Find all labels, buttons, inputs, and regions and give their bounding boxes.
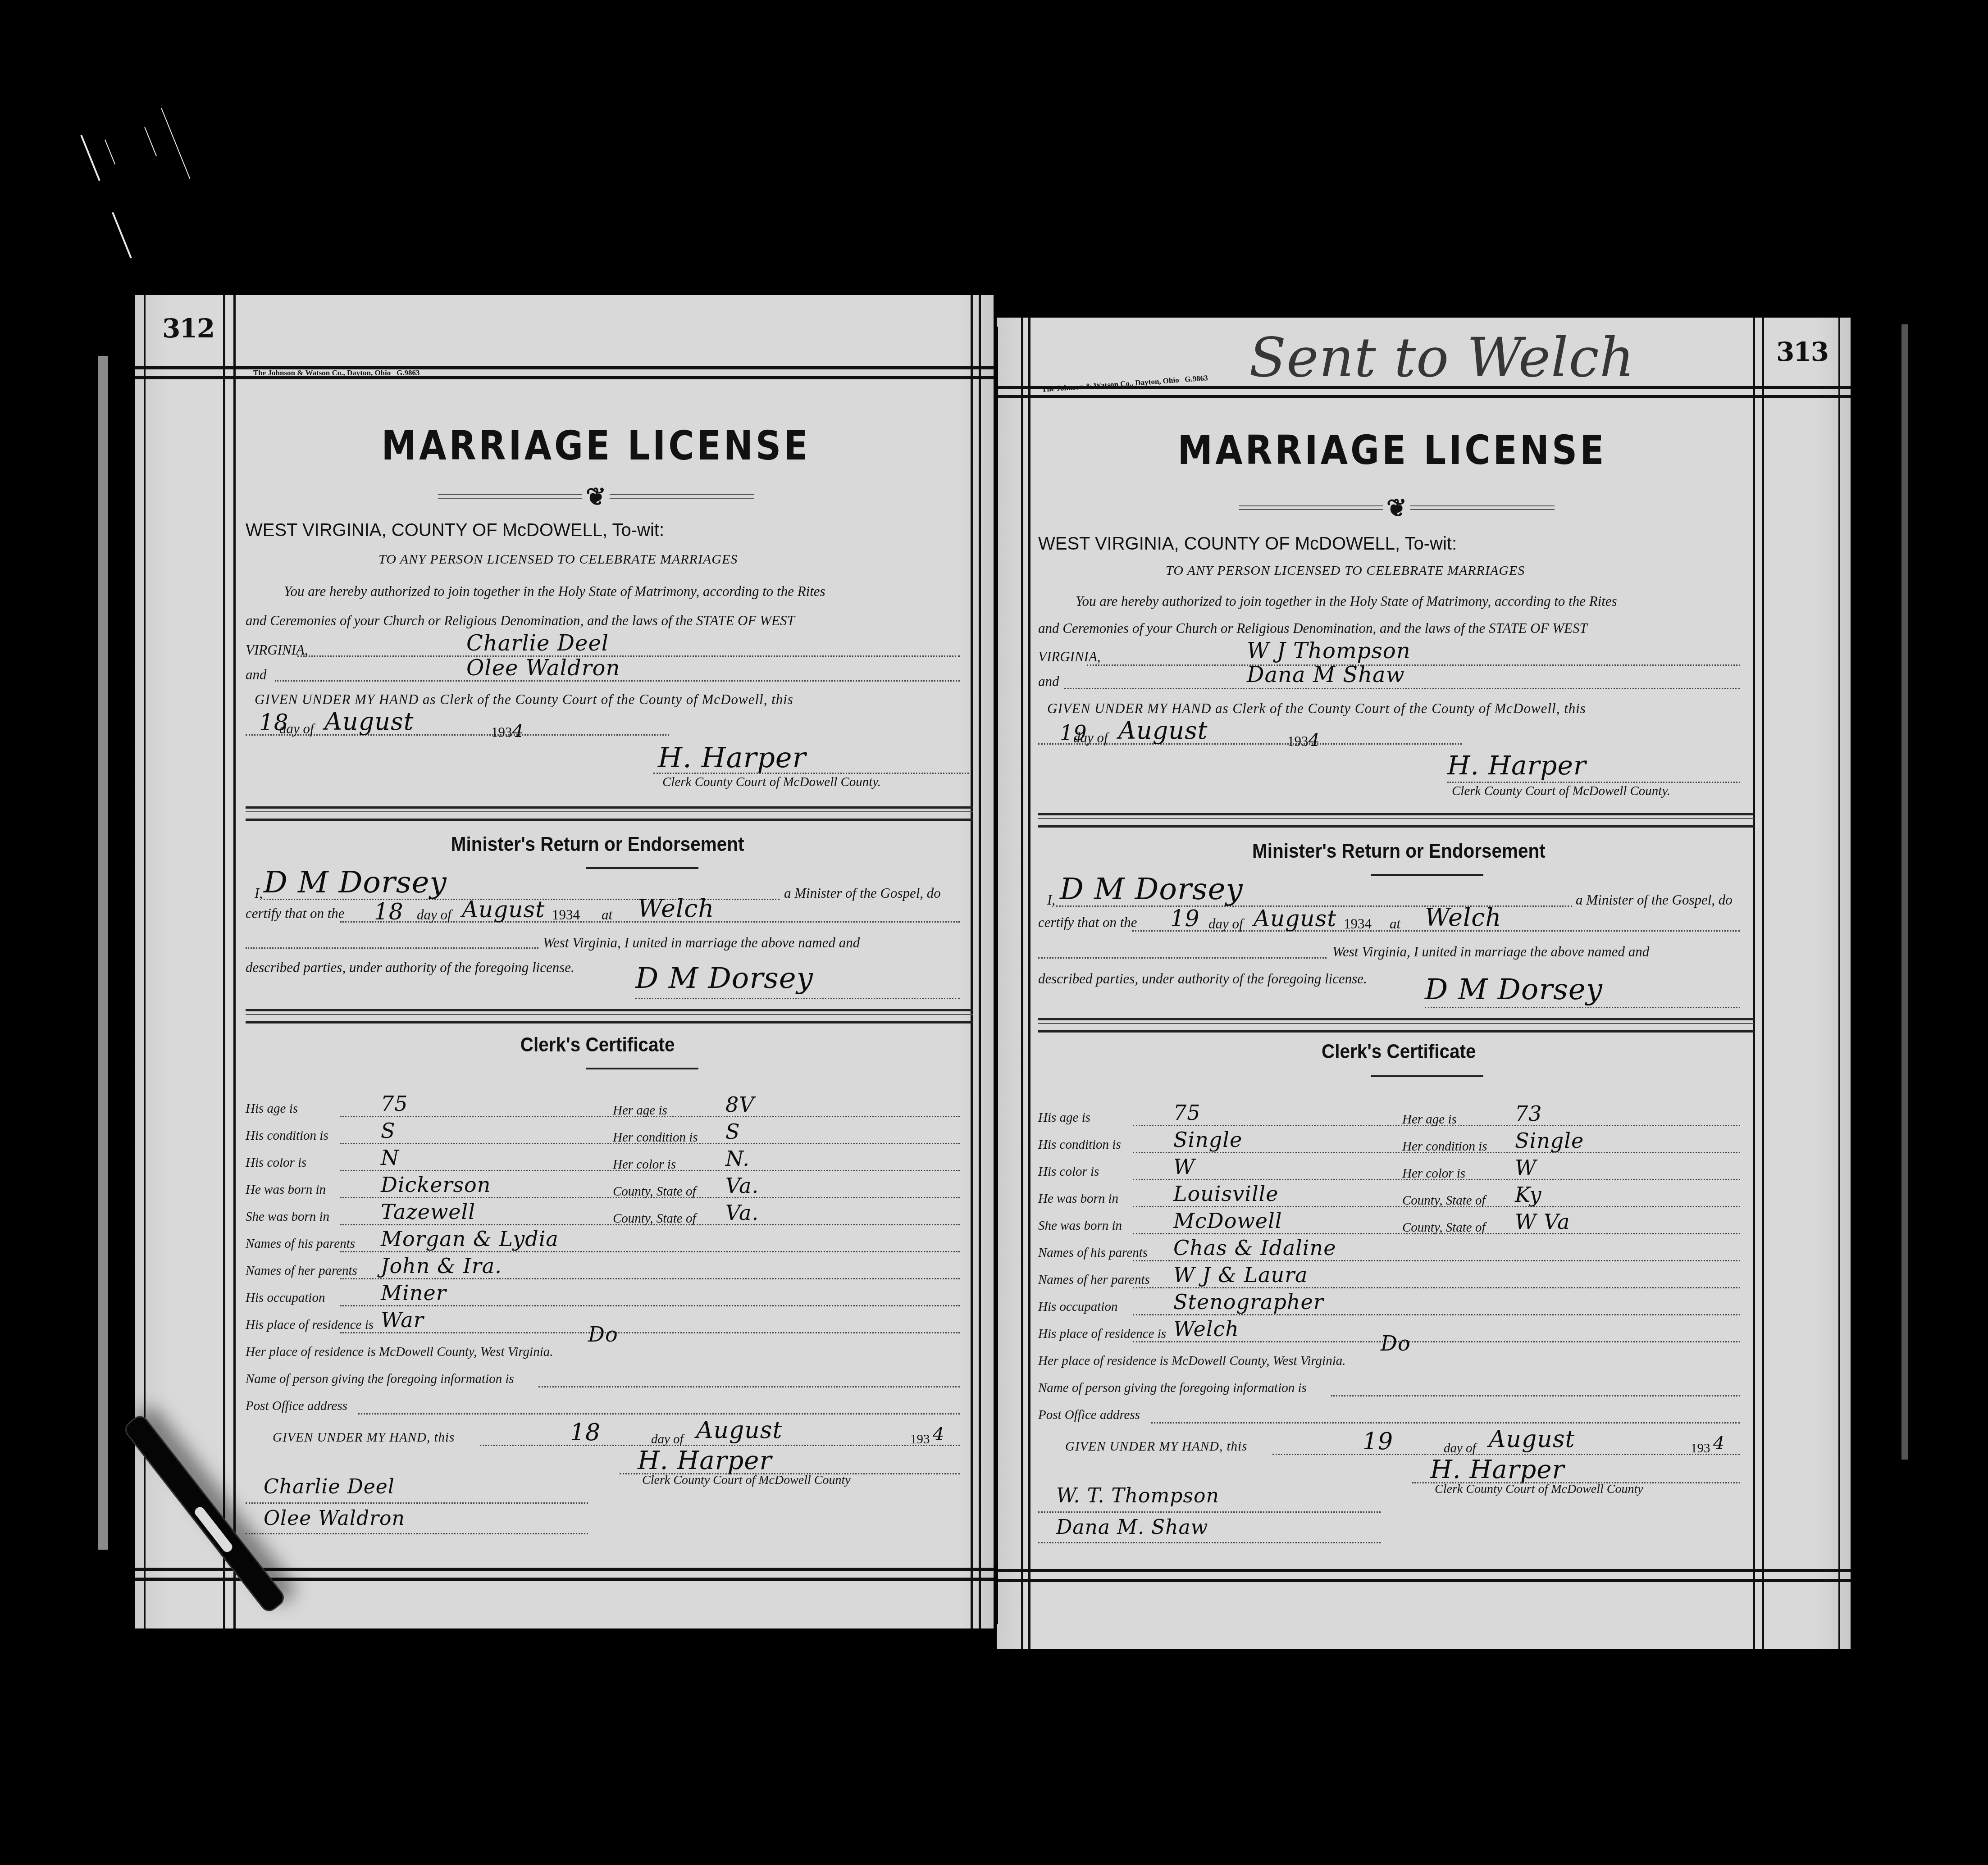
his-age-value: 75 <box>381 1092 408 1116</box>
occupation-label: His occupation <box>246 1291 325 1305</box>
field-line <box>1151 1422 1740 1424</box>
field-line <box>538 1386 960 1387</box>
certificate-day: 18 <box>570 1419 601 1446</box>
certify-label: certify that on the <box>246 905 345 922</box>
heading-underline <box>586 1068 698 1069</box>
his-color-label: His color is <box>1038 1164 1099 1179</box>
her-age-label: Her age is <box>1402 1112 1457 1127</box>
venue-line: WEST VIRGINIA, COUNTY OF McDOWELL, To-wi… <box>246 520 664 541</box>
clerk-sig-line <box>1447 782 1740 783</box>
book-edge-right <box>1901 324 1908 1460</box>
occupation-value: Miner <box>381 1281 447 1305</box>
fleuron-icon: ❦ <box>586 484 606 509</box>
clerk-sig-line <box>653 773 969 774</box>
her-parents-value: W J & Laura <box>1173 1263 1308 1287</box>
form-title: MARRIAGE LICENSE <box>135 423 994 469</box>
title-ornament: ❦ <box>997 496 1851 523</box>
post-office-label: Post Office address <box>1038 1408 1140 1423</box>
body-line-2: and Ceremonies of your Church or Religio… <box>246 613 795 629</box>
post-office-label: Post Office address <box>246 1399 347 1414</box>
marriage-place: Welch <box>1425 903 1501 932</box>
party-signature-bride: Olee Waldron <box>264 1507 405 1530</box>
certificate-heading: Clerk's Certificate <box>1031 1041 1816 1063</box>
certify-label: certify that on the <box>1038 914 1137 931</box>
she-state-value: Va. <box>725 1201 759 1225</box>
she-born-label: She was born in <box>246 1210 329 1224</box>
printer-imprint: The Johnson & Watson Co., Dayton, Ohio G… <box>253 368 420 378</box>
party-signature-groom: W. T. Thompson <box>1056 1484 1219 1507</box>
wv-label: West Virginia, I united in marriage the … <box>543 935 860 951</box>
his-residence-label: His place of residence is <box>1038 1327 1166 1342</box>
signature-line <box>1038 1542 1381 1543</box>
book-spine <box>994 327 998 1624</box>
fleuron-icon: ❦ <box>1386 496 1407 520</box>
section-divider <box>1038 1018 1754 1033</box>
her-color-label: Her color is <box>1402 1166 1465 1181</box>
footer-rule <box>997 1569 1851 1572</box>
field-line <box>1331 1395 1740 1396</box>
clerk-signature: H. Harper <box>638 1446 772 1475</box>
ditto-mark: Do <box>588 1322 618 1346</box>
he-born-value: Dickerson <box>381 1173 491 1197</box>
printer-imprint: The Johnson & Watson Co., Dayton, Ohio G… <box>1041 373 1208 394</box>
film-scratch <box>161 108 191 179</box>
body-line-1: You are hereby authorized to join togeth… <box>1076 593 1617 610</box>
certificate-year-prefix: 193 <box>1691 1441 1710 1456</box>
minister-sig-line <box>1425 1007 1740 1008</box>
his-parents-label: Names of his parents <box>246 1237 355 1251</box>
his-condition-value: Single <box>1173 1128 1242 1152</box>
field-line <box>1133 1287 1740 1288</box>
field-line <box>340 1332 960 1333</box>
printer-name: The Johnson & Watson Co., Dayton, Ohio <box>253 368 391 377</box>
addressee-line: TO ANY PERSON LICENSED TO CELEBRATE MARR… <box>1166 563 1525 578</box>
margin-annotation: Sent to Welch <box>1249 327 1635 389</box>
bride-name: Dana M Shaw <box>1247 662 1405 687</box>
clerk-caption: Clerk County Court of McDowell County. <box>1452 784 1670 799</box>
her-condition-value: S <box>725 1119 740 1144</box>
certificate-month: August <box>696 1417 782 1444</box>
field-line <box>340 1251 960 1252</box>
she-state-value: W Va <box>1515 1210 1570 1234</box>
minister-label: a Minister of the Gospel, do <box>784 885 941 901</box>
minister-signature: D M Dorsey <box>635 962 813 995</box>
film-scratch <box>80 135 100 181</box>
minister-name: D M Dorsey <box>1060 872 1243 906</box>
his-residence-label: His place of residence is <box>246 1318 374 1333</box>
his-condition-label: His condition is <box>246 1128 328 1143</box>
given-line: GIVEN UNDER MY HAND as Clerk of the Coun… <box>1047 701 1586 717</box>
ornament-line <box>1410 505 1555 510</box>
minister-name: D M Dorsey <box>264 865 447 900</box>
i-label: I, <box>255 885 263 901</box>
her-color-label: Her color is <box>613 1157 676 1172</box>
title-ornament: ❦ <box>135 484 994 511</box>
license-year: 1934 <box>1287 730 1320 751</box>
heading-underline <box>1371 1075 1483 1077</box>
her-parents-label: Names of her parents <box>1038 1273 1150 1287</box>
occupation-label: His occupation <box>1038 1300 1117 1315</box>
form-code: G.9863 <box>1185 373 1208 384</box>
body-line-1: You are hereby authorized to join togeth… <box>284 583 825 600</box>
signature-line <box>246 1533 588 1534</box>
informant-label: Name of person giving the foregoing info… <box>246 1372 514 1387</box>
and-label: and <box>246 667 267 683</box>
she-born-value: Tazewell <box>381 1200 475 1224</box>
at-label: at <box>602 907 612 923</box>
day-of-label: day of <box>417 907 451 923</box>
license-year: 1934 <box>491 721 524 741</box>
page-number: 312 <box>162 313 214 344</box>
he-state-value: Ky <box>1515 1183 1541 1207</box>
printer-name: The Johnson & Watson Co., Dayton, Ohio <box>1041 376 1179 394</box>
heading-underline <box>1371 874 1483 876</box>
minister-label: a Minister of the Gospel, do <box>1576 892 1733 908</box>
informant-label: Name of person giving the foregoing info… <box>1038 1381 1307 1396</box>
right-page: 313 The Johnson & Watson Co., Dayton, Oh… <box>997 318 1851 1649</box>
certificate-day: 19 <box>1363 1428 1393 1455</box>
he-born-label: He was born in <box>1038 1192 1118 1206</box>
wv-label: West Virginia, I united in marriage the … <box>1332 944 1649 960</box>
ornament-line <box>438 494 582 499</box>
groom-line <box>297 655 960 657</box>
form-code: G.9863 <box>397 368 419 377</box>
groom-line <box>1087 664 1740 666</box>
field-line <box>1133 1314 1740 1315</box>
she-born-value: McDowell <box>1173 1209 1282 1233</box>
ornament-line <box>610 494 754 499</box>
day-of-label: day of <box>1073 730 1108 746</box>
given-label: GIVEN UNDER MY HAND, this <box>273 1430 455 1445</box>
given-line: GIVEN UNDER MY HAND as Clerk of the Coun… <box>255 691 793 708</box>
ditto-mark: Do <box>1381 1331 1411 1356</box>
marriage-day: 18 <box>374 899 404 925</box>
occupation-value: Stenographer <box>1173 1290 1324 1314</box>
and-label: and <box>1038 673 1059 690</box>
clerk-signature: H. Harper <box>1447 750 1587 781</box>
form-title: MARRIAGE LICENSE <box>997 427 1851 474</box>
he-state-label: County, State of <box>1402 1193 1485 1208</box>
footer-rule <box>997 1579 1851 1582</box>
his-condition-value: S <box>381 1119 396 1143</box>
marriage-day: 19 <box>1170 905 1200 932</box>
his-age-label: His age is <box>246 1101 298 1116</box>
year-suffix: 4 <box>512 721 524 741</box>
film-scratch <box>105 139 115 164</box>
year-prefix: 193 <box>491 724 512 740</box>
he-born-label: He was born in <box>246 1183 326 1197</box>
license-month: August <box>324 707 414 736</box>
her-condition-label: Her condition is <box>613 1130 698 1145</box>
clerk-signature: H. Harper <box>1430 1455 1564 1484</box>
his-color-value: N <box>381 1146 399 1170</box>
ornament-line <box>1239 505 1383 510</box>
groom-name: Charlie Deel <box>466 631 609 656</box>
groom-name: W J Thompson <box>1247 638 1411 664</box>
field-line <box>358 1413 960 1415</box>
clerk-signature: H. Harper <box>658 741 806 774</box>
her-residence-label: Her place of residence is McDowell Count… <box>246 1345 553 1360</box>
his-condition-label: His condition is <box>1038 1137 1121 1152</box>
her-color-value: W <box>1515 1155 1537 1180</box>
his-color-label: His color is <box>246 1155 306 1170</box>
at-label: at <box>1390 916 1400 932</box>
clerk-caption: Clerk County Court of McDowell County. <box>662 775 881 790</box>
party-signature-groom: Charlie Deel <box>264 1475 395 1498</box>
clerk-caption: Clerk County Court of McDowell County <box>642 1473 851 1487</box>
minister-sig-line <box>635 998 960 999</box>
certificate-heading: Clerk's Certificate <box>169 1034 959 1056</box>
certificate-year-prefix: 193 <box>910 1432 930 1447</box>
year-suffix: 4 <box>1309 730 1320 751</box>
section-divider <box>1038 813 1754 828</box>
marriage-place: Welch <box>638 894 714 923</box>
her-age-value: 73 <box>1515 1101 1542 1126</box>
certificate-year-suffix: 4 <box>933 1424 944 1445</box>
her-color-value: N. <box>725 1146 750 1171</box>
marriage-month: August <box>1254 905 1336 932</box>
described-label: described parties, under authority of th… <box>246 960 575 976</box>
her-condition-value: Single <box>1515 1128 1584 1153</box>
she-state-label: County, State of <box>613 1211 696 1226</box>
county-line <box>246 947 538 949</box>
marriage-month: August <box>462 896 545 923</box>
her-condition-label: Her condition is <box>1402 1139 1487 1154</box>
book-edge-left <box>98 356 108 1550</box>
her-parents-value: John & Ira. <box>381 1254 502 1278</box>
her-residence-label: Her place of residence is McDowell Count… <box>1038 1354 1345 1369</box>
his-age-label: His age is <box>1038 1110 1090 1125</box>
signature-line <box>246 1502 588 1504</box>
day-of-label: day of <box>651 1432 684 1447</box>
county-line <box>1038 957 1327 959</box>
bride-line <box>1064 688 1740 689</box>
he-state-label: County, State of <box>613 1184 696 1199</box>
venue-line: WEST VIRGINIA, COUNTY OF McDOWELL, To-wi… <box>1038 534 1457 554</box>
day-of-label: day of <box>1208 916 1243 932</box>
her-age-label: Her age is <box>613 1103 667 1118</box>
his-age-value: 75 <box>1173 1101 1201 1125</box>
his-parents-label: Names of his parents <box>1038 1246 1148 1260</box>
minister-heading: Minister's Return or Endorsement <box>1031 840 1816 863</box>
bride-name: Olee Waldron <box>466 655 620 681</box>
day-of-label: day of <box>279 721 314 737</box>
i-label: I, <box>1047 892 1055 908</box>
marriage-year: 1934 <box>1344 916 1372 932</box>
year-prefix: 193 <box>1287 733 1309 749</box>
she-state-label: County, State of <box>1402 1220 1485 1235</box>
field-line <box>340 1278 960 1279</box>
his-parents-value: Morgan & Lydia <box>381 1227 559 1251</box>
party-signature-bride: Dana M. Shaw <box>1056 1516 1208 1539</box>
license-month: August <box>1118 716 1208 745</box>
section-divider <box>246 806 973 821</box>
given-label: GIVEN UNDER MY HAND, this <box>1065 1439 1247 1454</box>
described-label: described parties, under authority of th… <box>1038 971 1367 987</box>
certificate-month: August <box>1489 1426 1575 1453</box>
heading-underline <box>586 867 698 869</box>
his-residence-value: War <box>381 1308 424 1332</box>
minister-signature: D M Dorsey <box>1425 973 1603 1006</box>
section-divider <box>246 1009 973 1023</box>
certificate-year-suffix: 4 <box>1713 1433 1725 1454</box>
addressee-line: TO ANY PERSON LICENSED TO CELEBRATE MARR… <box>378 552 738 567</box>
body-line-2: and Ceremonies of your Church or Religio… <box>1038 620 1587 637</box>
day-of-label: day of <box>1444 1441 1476 1456</box>
field-line <box>1133 1260 1740 1261</box>
she-born-label: She was born in <box>1038 1219 1122 1233</box>
his-parents-value: Chas & Idaline <box>1173 1236 1336 1260</box>
film-scratch <box>112 212 132 259</box>
minister-heading: Minister's Return or Endorsement <box>169 833 959 856</box>
his-residence-value: Welch <box>1173 1317 1239 1341</box>
page-number: 313 <box>1776 337 1828 367</box>
left-page: 312 The Johnson & Watson Co., Dayton, Oh… <box>135 295 994 1628</box>
he-state-value: Va. <box>725 1174 759 1198</box>
virginia-label: VIRGINIA, <box>1038 649 1101 665</box>
he-born-value: Louisville <box>1173 1182 1279 1206</box>
header-rule <box>997 395 1851 398</box>
marriage-year: 1934 <box>552 907 580 923</box>
her-parents-label: Names of her parents <box>246 1264 357 1278</box>
clerk-caption: Clerk County Court of McDowell County <box>1435 1482 1643 1497</box>
his-color-value: W <box>1173 1155 1195 1179</box>
her-age-value: 8V <box>725 1092 755 1117</box>
film-scratch <box>144 127 157 156</box>
signature-line <box>1038 1511 1381 1513</box>
field-line <box>1133 1341 1740 1342</box>
field-line <box>340 1305 960 1306</box>
